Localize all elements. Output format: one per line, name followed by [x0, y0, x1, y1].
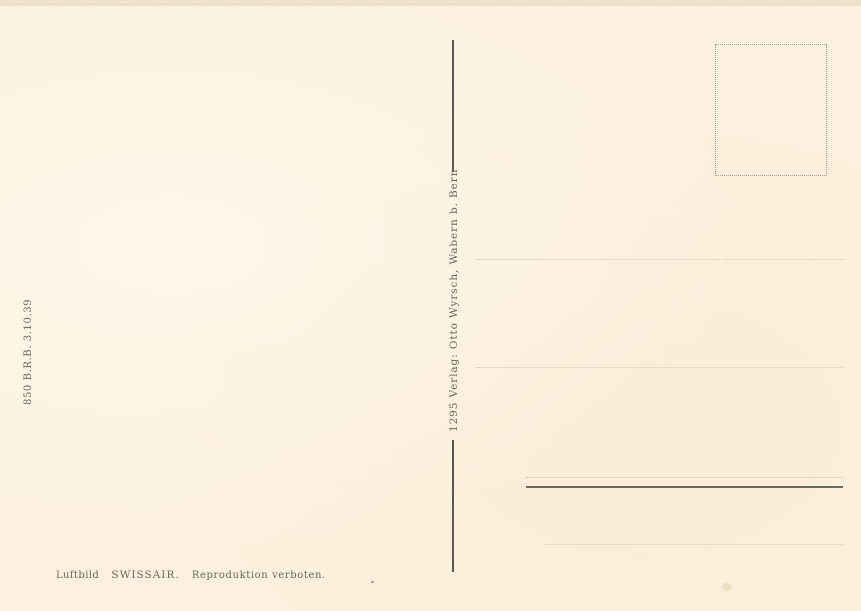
- paper-stain: [722, 583, 732, 591]
- address-line-5: [545, 544, 844, 545]
- paper-speck: [371, 581, 374, 583]
- address-line-3: [526, 477, 844, 478]
- center-divider-top: [452, 40, 454, 172]
- censorship-code: 850 B.R.B. 3.10.39: [23, 299, 34, 405]
- stamp-box: [715, 44, 827, 176]
- center-divider-bottom: [452, 440, 454, 572]
- caption-prefix: Luftbild: [56, 570, 99, 581]
- photo-caption: Luftbild SWISSAIR. Reproduktion verboten…: [56, 569, 335, 581]
- address-line-4-solid: [526, 486, 843, 488]
- caption-brand: SWISSAIR.: [111, 569, 179, 581]
- postcard-back: 850 B.R.B. 3.10.39 1295 Verlag: Otto Wyr…: [0, 0, 861, 611]
- deckle-edge: [0, 0, 861, 6]
- caption-notice: Reproduktion verboten.: [192, 570, 326, 581]
- address-line-2: [476, 367, 844, 368]
- publisher-line: 1295 Verlag: Otto Wyrsch, Wabern b. Bern: [448, 169, 460, 432]
- address-line-1: [476, 259, 844, 260]
